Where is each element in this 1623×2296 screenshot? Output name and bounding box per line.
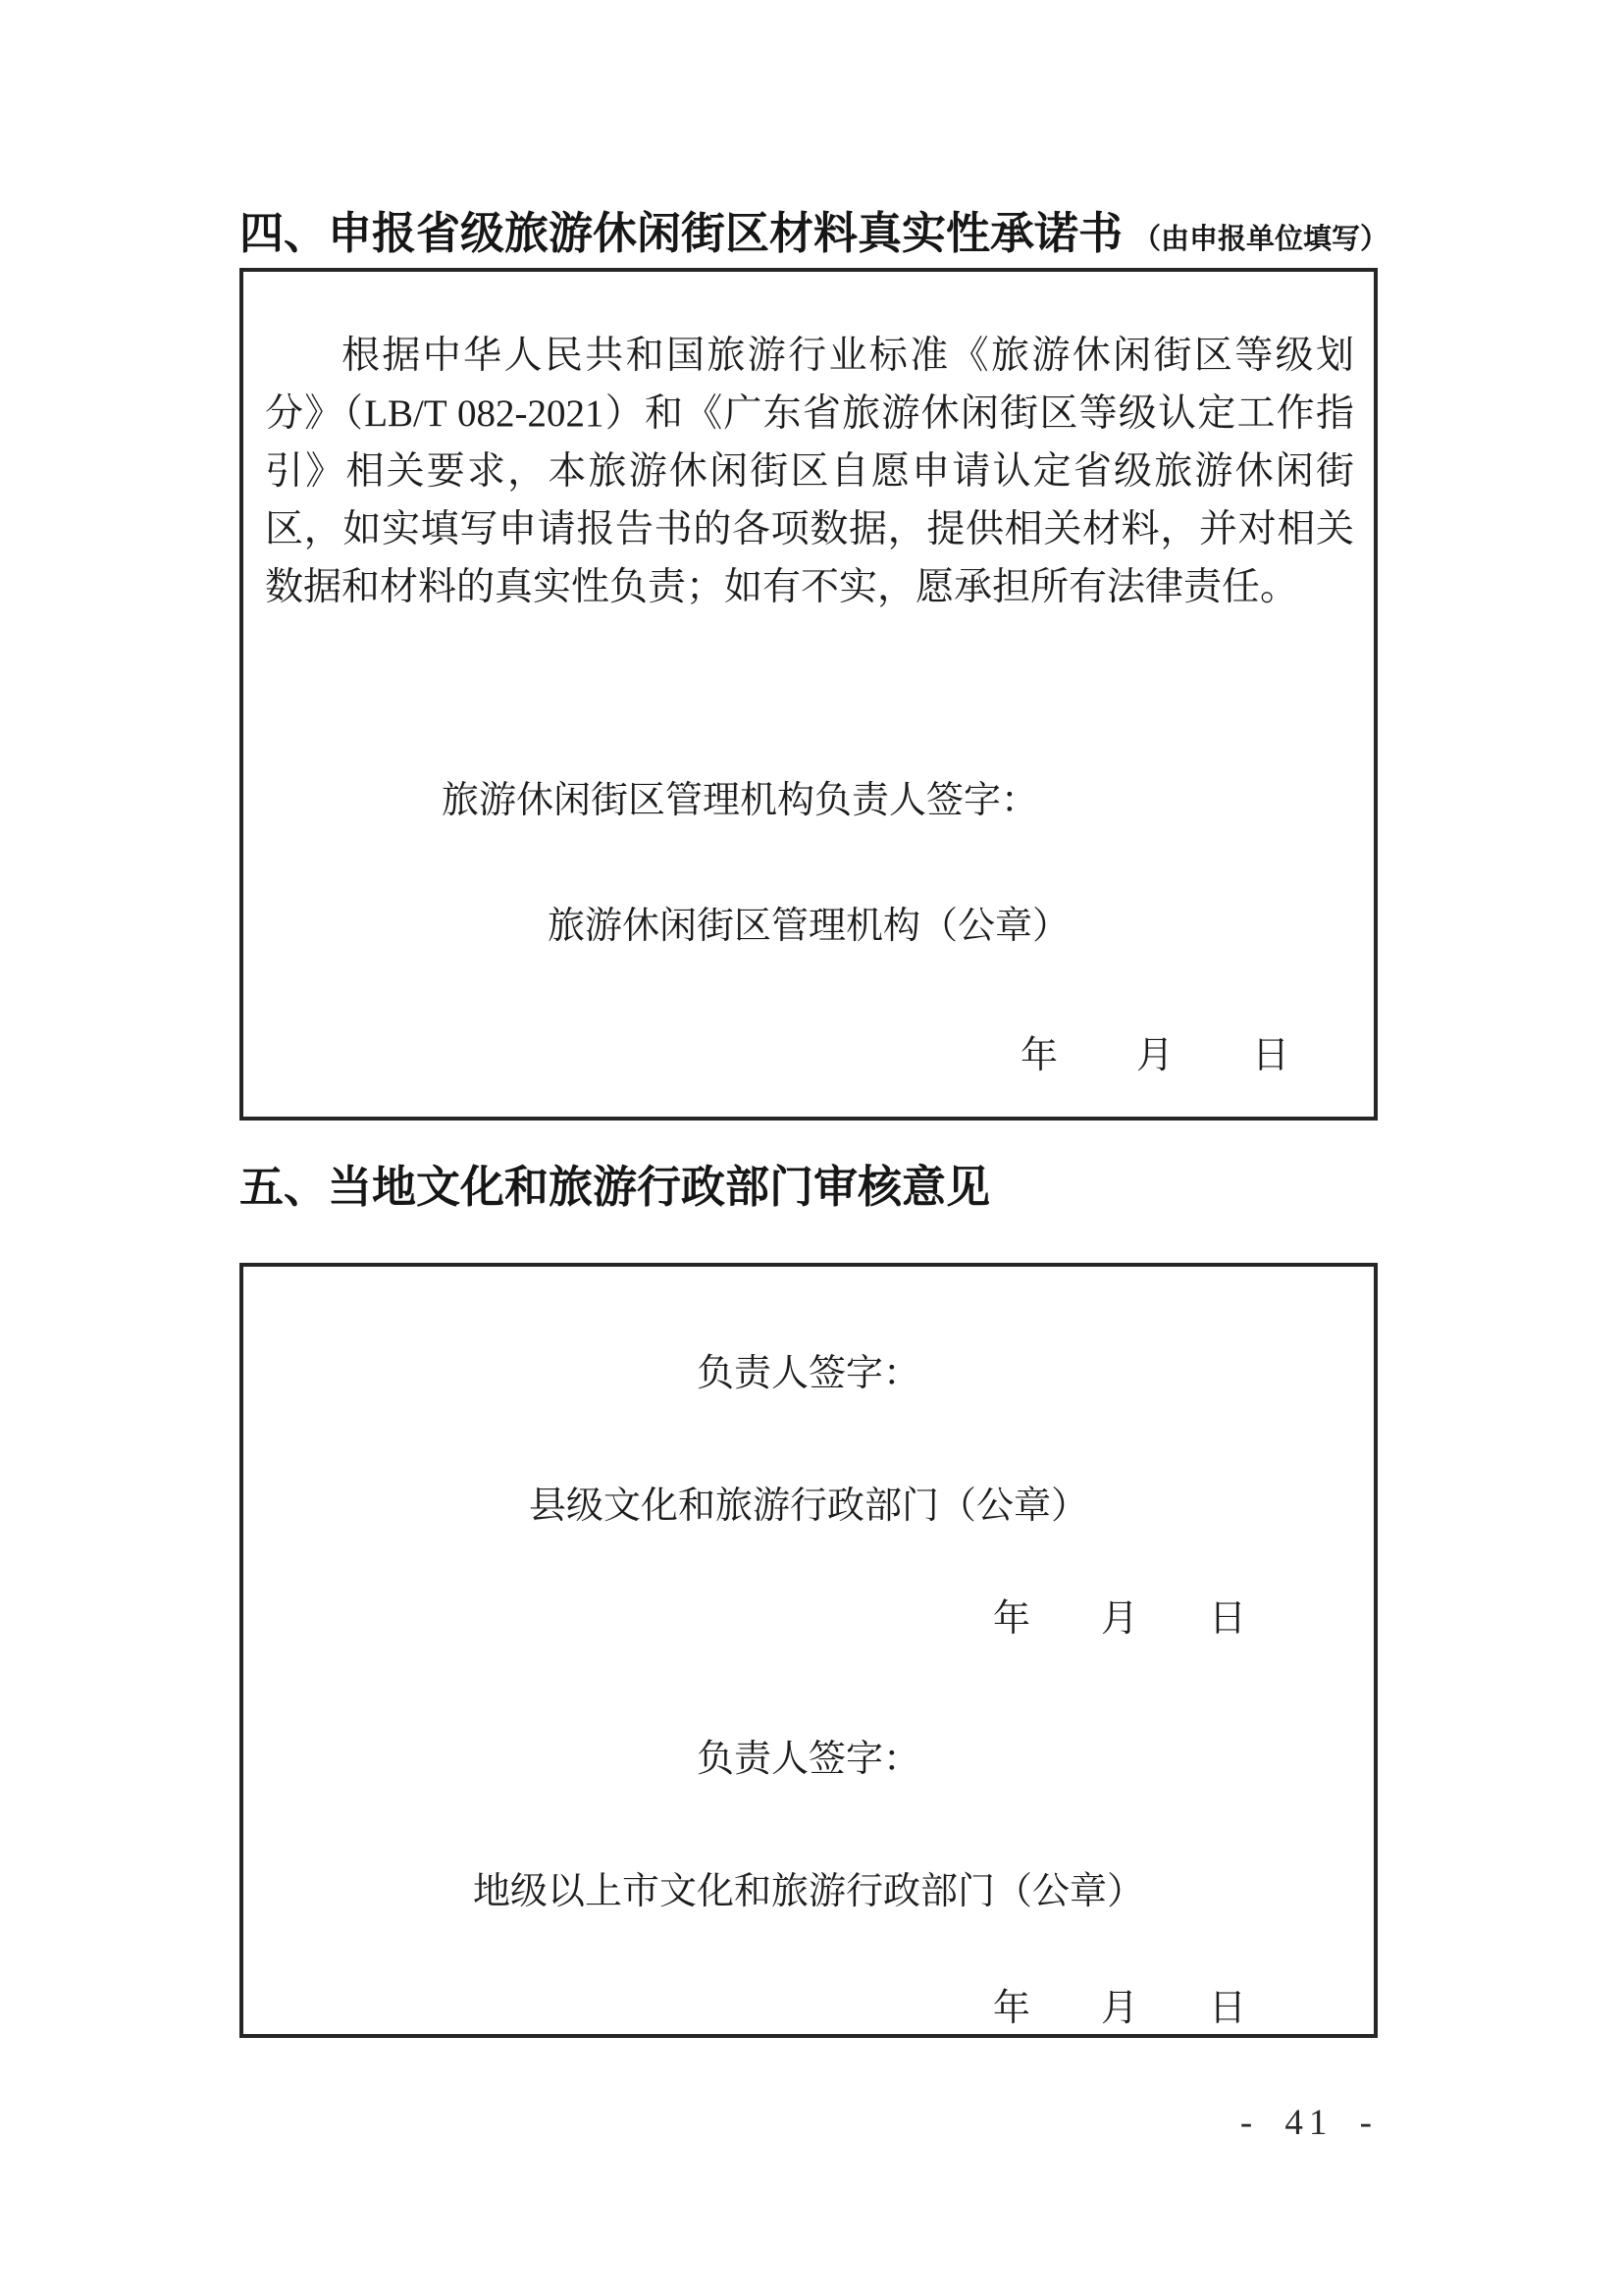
- month-label: 月: [1136, 1036, 1174, 1075]
- section4-commitment-box: 根据中华人民共和国旅游行业标准《旅游休闲街区等级划分》（LB/T 082-202…: [239, 268, 1378, 1121]
- section4-signer-line: 旅游休闲街区管理机构负责人签字：: [175, 781, 1305, 820]
- section5-review-box: 负责人签字： 县级文化和旅游行政部门（公章） 年 月 日 负责人签字： 地级以上…: [239, 1263, 1378, 2038]
- section4-date-line: 年 月 日: [243, 1036, 1374, 1075]
- month-label: 月: [1101, 1599, 1138, 1639]
- document-page: 四、申报省级旅游休闲街区材料真实性承诺书（由申报单位填写） 根据中华人民共和国旅…: [0, 0, 1623, 2296]
- county-date-line: 年 月 日: [243, 1599, 1374, 1639]
- county-seal-line: 县级文化和旅游行政部门（公章）: [243, 1487, 1374, 1526]
- section5-heading-title: 当地文化和旅游行政部门审核意见: [328, 1162, 990, 1212]
- city-date-line: 年 月 日: [243, 1989, 1374, 2028]
- section4-heading: 四、申报省级旅游休闲街区材料真实性承诺书（由申报单位填写）: [239, 208, 1388, 265]
- section4-heading-note: （由申报单位填写）: [1132, 224, 1388, 255]
- city-seal-line: 地级以上市文化和旅游行政部门（公章）: [243, 1872, 1374, 1911]
- year-label: 年: [993, 1989, 1030, 2028]
- section4-heading-number: 四、: [239, 208, 328, 258]
- section5-heading-number: 五、: [239, 1162, 328, 1212]
- day-label: 日: [1252, 1036, 1289, 1075]
- county-signer-line: 负责人签字：: [243, 1354, 1374, 1393]
- year-label: 年: [993, 1599, 1030, 1639]
- day-label: 日: [1209, 1989, 1246, 2028]
- month-label: 月: [1101, 1989, 1138, 2028]
- section5-heading: 五、当地文化和旅游行政部门审核意见: [239, 1162, 990, 1213]
- day-label: 日: [1209, 1599, 1246, 1639]
- year-label: 年: [1021, 1036, 1058, 1075]
- section4-seal-line: 旅游休闲街区管理机构（公章）: [243, 907, 1374, 946]
- section4-heading-title: 申报省级旅游休闲街区材料真实性承诺书: [328, 208, 1123, 258]
- commitment-paragraph: 根据中华人民共和国旅游行业标准《旅游休闲街区等级划分》（LB/T 082-202…: [265, 327, 1354, 616]
- page-number: - 41 -: [1240, 2103, 1378, 2144]
- city-signer-line: 负责人签字：: [243, 1740, 1374, 1779]
